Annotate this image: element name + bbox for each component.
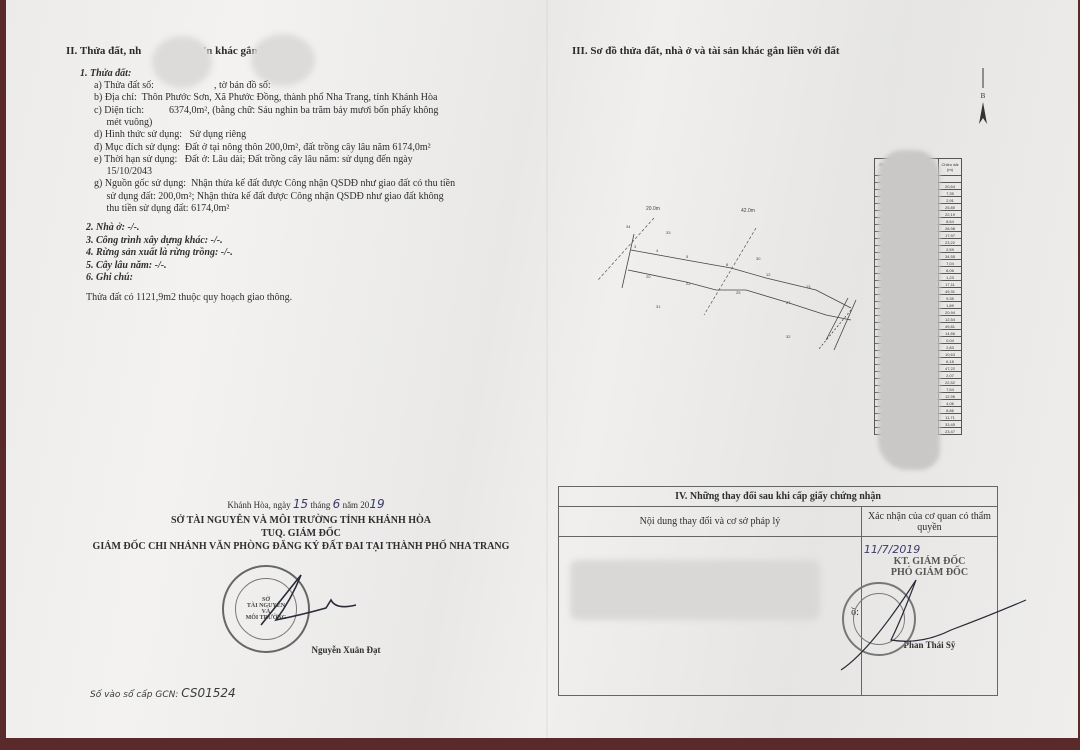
coords-cell: 22,19	[939, 211, 962, 218]
signer-name-left: Nguyễn Xuân Đạt	[296, 645, 396, 655]
confirm-date: 11/7/2019	[864, 543, 995, 556]
coords-cell: 7,35	[939, 190, 962, 197]
coords-cell	[939, 176, 962, 183]
coords-cell: 7,04	[939, 260, 962, 267]
item-line: 6. Ghi chú:	[86, 272, 133, 284]
svg-text:20.0m: 20.0m	[646, 206, 660, 212]
coords-cell: 34,55	[939, 253, 962, 260]
sign-date-prefix: Khánh Hòa, ngày	[227, 500, 290, 510]
coords-cell: 17,11	[939, 281, 962, 288]
coords-cell: 23,22	[939, 239, 962, 246]
item-1-heading: 1. Thửa đất:	[80, 68, 131, 80]
item-line: 5. Cây lâu năm: -/-.	[86, 260, 167, 272]
coords-cell: 8,86	[939, 407, 962, 414]
coords-cell: 20,64	[939, 183, 962, 190]
sign-year-label: năm 20	[343, 500, 370, 510]
sign-date: Khánh Hòa, ngày 15 tháng 6 năm 2019	[166, 497, 446, 511]
item-line: 4. Rừng sản xuất là rừng trồng: -/-.	[86, 247, 233, 259]
land-certificate-page: II. Thửa đất, nh'n khác gắn liền vớ 1. T…	[6, 0, 1078, 738]
coords-cell: 9,35	[939, 295, 962, 302]
sign-day: 15	[293, 497, 308, 511]
page-fold	[546, 0, 548, 738]
coords-cell: 23,47	[939, 428, 962, 435]
coords-cell: 12,95	[939, 393, 962, 400]
coords-cell: 0,04	[939, 337, 962, 344]
parcel-detail-line: g) Nguồn gốc sử dụng: Nhận thừa kế đất đ…	[94, 178, 455, 190]
coords-header: Chiều dài (m)	[939, 159, 962, 176]
coords-cell: 33,45	[939, 421, 962, 428]
changes-col-confirmation: Xác nhận của cơ quan có thẩm quyền	[861, 507, 997, 537]
coords-cell: 1,89	[939, 302, 962, 309]
parcel-detail-line: c) Diện tích: 6374,0m², (bằng chữ: Sáu n…	[94, 105, 438, 117]
coords-cell: 28,98	[939, 225, 962, 232]
gcn-value: CS01524	[181, 686, 235, 700]
item-line: 3. Công trình xây dựng khác: -/-.	[86, 235, 223, 247]
redaction-blob	[251, 34, 315, 86]
svg-text:22: 22	[686, 281, 691, 286]
item-line: 2. Nhà ở: -/-.	[86, 222, 139, 234]
gcn-number: Số vào sổ cấp GCN: CS01524	[90, 686, 236, 700]
svg-text:30: 30	[756, 256, 761, 261]
parcel-detail-line: 15/10/2043	[94, 166, 152, 178]
north-arrow-icon: B	[976, 68, 990, 124]
svg-text:5: 5	[686, 254, 689, 259]
svg-text:25: 25	[736, 290, 741, 295]
svg-text:4: 4	[656, 248, 659, 253]
svg-text:42.0m: 42.0m	[741, 208, 755, 214]
authority-line-1: SỞ TÀI NGUYÊN VÀ MÔI TRƯỜNG TỈNH KHÁNH H…	[126, 515, 476, 526]
parcel-detail-line: d) Hình thức sử dụng: Sử dụng riêng	[94, 129, 246, 141]
sign-month-label: tháng	[310, 500, 330, 510]
coords-cell: 49,31	[939, 288, 962, 295]
coords-cell: 22,52	[939, 379, 962, 386]
coords-cell: 7,54	[939, 386, 962, 393]
coords-cell: 20,94	[939, 309, 962, 316]
parcel-detail-line: e) Thời hạn sử dụng: Đất ở: Lâu dài; Đất…	[94, 154, 413, 166]
parcel-detail-line: b) Địa chỉ: Thôn Phước Sơn, Xã Phước Đồn…	[94, 92, 437, 104]
svg-text:12: 12	[766, 272, 771, 277]
svg-text:34: 34	[626, 224, 631, 229]
signature-right	[831, 570, 1031, 680]
gcn-label: Số vào sổ cấp GCN:	[90, 690, 178, 700]
svg-text:13: 13	[806, 284, 811, 289]
note-text: Thửa đất có 1121,9m2 thuộc quy hoạch gia…	[86, 292, 292, 304]
coords-cell: 47,22	[939, 365, 962, 372]
coords-cell: 8,64	[939, 218, 962, 225]
parcel-map: 345 81213 202225 273433 303132 20.0m 42.…	[586, 190, 866, 380]
changes-title: IV. Những thay đổi sau khi cấp giấy chứn…	[559, 487, 998, 507]
redaction-blob	[878, 150, 940, 470]
changes-col-content: Nội dung thay đổi và cơ sở pháp lý	[559, 507, 862, 537]
coords-cell: 12,54	[939, 316, 962, 323]
coords-cell: 2,59	[939, 246, 962, 253]
sign-month: 6	[333, 497, 341, 511]
authority-line-3: GIÁM ĐỐC CHI NHÁNH VĂN PHÒNG ĐĂNG KÝ ĐẤT…	[66, 541, 536, 552]
svg-text:20: 20	[646, 274, 651, 279]
svg-text:3: 3	[634, 244, 637, 249]
coords-cell: 2,91	[939, 197, 962, 204]
coords-cell: 10,63	[939, 351, 962, 358]
svg-text:8: 8	[726, 262, 729, 267]
coords-cell: 2,83	[939, 344, 962, 351]
section-iii-title: III. Sơ đồ thửa đất, nhà ở và tài sản kh…	[572, 45, 840, 57]
svg-text:27: 27	[786, 300, 791, 305]
svg-text:31: 31	[656, 304, 661, 309]
coords-cell: 25,80	[939, 204, 962, 211]
svg-text:33: 33	[666, 230, 671, 235]
coords-cell: 8,06	[939, 267, 962, 274]
parcel-detail-line: mét vuông)	[94, 117, 152, 129]
coords-cell: 2,07	[939, 372, 962, 379]
section-ii-title-head: II. Thửa đất, nh	[66, 45, 141, 57]
svg-text:32: 32	[786, 334, 791, 339]
redaction-blob	[570, 560, 820, 620]
svg-text:B: B	[981, 92, 986, 100]
sign-year: 19	[369, 497, 384, 511]
coords-cell: 6,18	[939, 358, 962, 365]
coords-cell: 4,06	[939, 400, 962, 407]
coords-cell: 17,97	[939, 232, 962, 239]
parcel-detail-line: thu tiền sử dụng đất: 6174,0m²	[94, 203, 229, 215]
parcel-detail-line: sử dụng đất: 200,0m²; Nhận thừa kế đất đ…	[94, 191, 444, 203]
coords-cell: 49,81	[939, 323, 962, 330]
parcel-detail-line: đ) Mục đích sử dụng: Đất ở tại nông thôn…	[94, 142, 431, 154]
parcel-detail-line: a) Thửa đất số: , tờ bản đồ số:	[94, 80, 271, 92]
coords-cell: 14,66	[939, 330, 962, 337]
signature-left	[231, 570, 361, 630]
confirm-title-1: KT. GIÁM ĐỐC	[864, 556, 995, 567]
coords-cell: 1,23	[939, 274, 962, 281]
authority-line-2: TUQ. GIÁM ĐỐC	[126, 528, 476, 539]
coords-cell: 11,71	[939, 414, 962, 421]
